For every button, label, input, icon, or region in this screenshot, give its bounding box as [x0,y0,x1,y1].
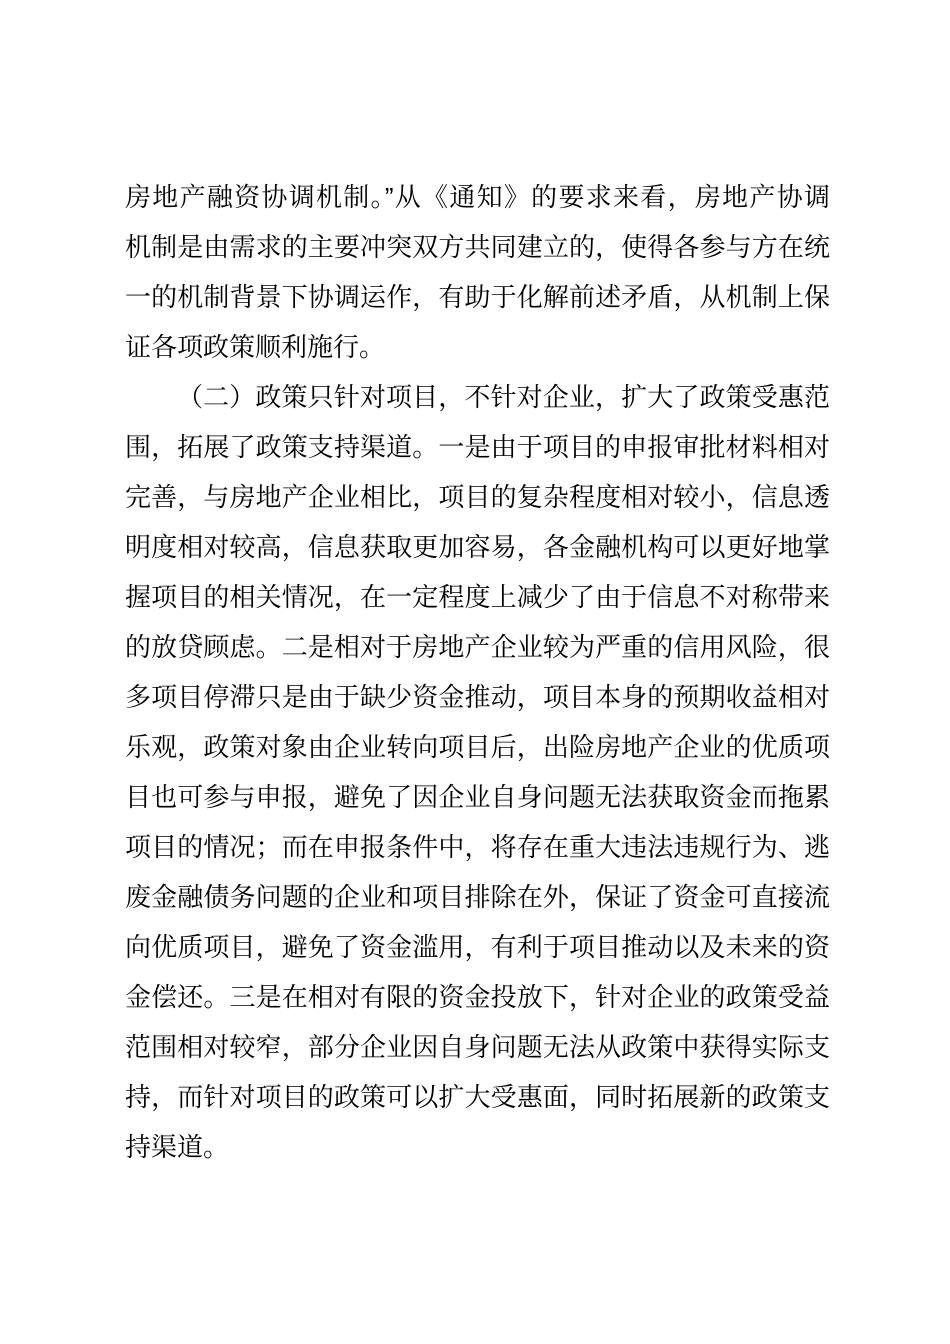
text-line: 一的机制背景下协调运作，有助于化解前述矛盾，从机制上保 [125,272,830,322]
text-line: 向优质项目，避免了资金滥用，有利于项目推动以及未来的资 [125,922,830,972]
text-line: 废金融债务问题的企业和项目排除在外，保证了资金可直接流 [125,872,830,922]
text-line: 房地产融资协调机制。”从《通知》的要求来看，房地产协调 [125,172,830,222]
text-line: 明度相对较高，信息获取更加容易，各金融机构可以更好地掌 [125,522,830,572]
text-line: 目也可参与申报，避免了因企业自身问题无法获取资金而拖累 [125,772,830,822]
text-line: 乐观，政策对象由企业转向项目后，出险房地产企业的优质项 [125,722,830,772]
paragraph-1: 房地产融资协调机制。”从《通知》的要求来看，房地产协调 机制是由需求的主要冲突双… [125,172,830,372]
text-line: 多项目停滞只是由于缺少资金推动，项目本身的预期收益相对 [125,672,830,722]
document-text-block: 房地产融资协调机制。”从《通知》的要求来看，房地产协调 机制是由需求的主要冲突双… [125,172,830,1172]
text-line: 项目的情况；而在申报条件中，将存在重大违法违规行为、逃 [125,822,830,872]
text-line: 握项目的相关情况，在一定程度上减少了由于信息不对称带来 [125,572,830,622]
text-line: 机制是由需求的主要冲突双方共同建立的，使得各参与方在统 [125,222,830,272]
text-line: 围，拓展了政策支持渠道。一是由于项目的申报审批材料相对 [125,422,830,472]
text-line: 的放贷顾虑。二是相对于房地产企业较为严重的信用风险，很 [125,622,830,672]
text-line: 证各项政策顺利施行。 [125,322,830,372]
document-page: 房地产融资协调机制。”从《通知》的要求来看，房地产协调 机制是由需求的主要冲突双… [0,0,950,1344]
text-line: 范围相对较窄，部分企业因自身问题无法从政策中获得实际支 [125,1022,830,1072]
paragraph-2: （二）政策只针对项目，不针对企业，扩大了政策受惠范 围，拓展了政策支持渠道。一是… [125,372,830,1172]
text-line: （二）政策只针对项目，不针对企业，扩大了政策受惠范 [125,372,830,422]
text-line: 金偿还。三是在相对有限的资金投放下，针对企业的政策受益 [125,972,830,1022]
text-line: 完善，与房地产企业相比，项目的复杂程度相对较小，信息透 [125,472,830,522]
text-line: 持，而针对项目的政策可以扩大受惠面，同时拓展新的政策支 [125,1072,830,1122]
text-line: 持渠道。 [125,1122,830,1172]
